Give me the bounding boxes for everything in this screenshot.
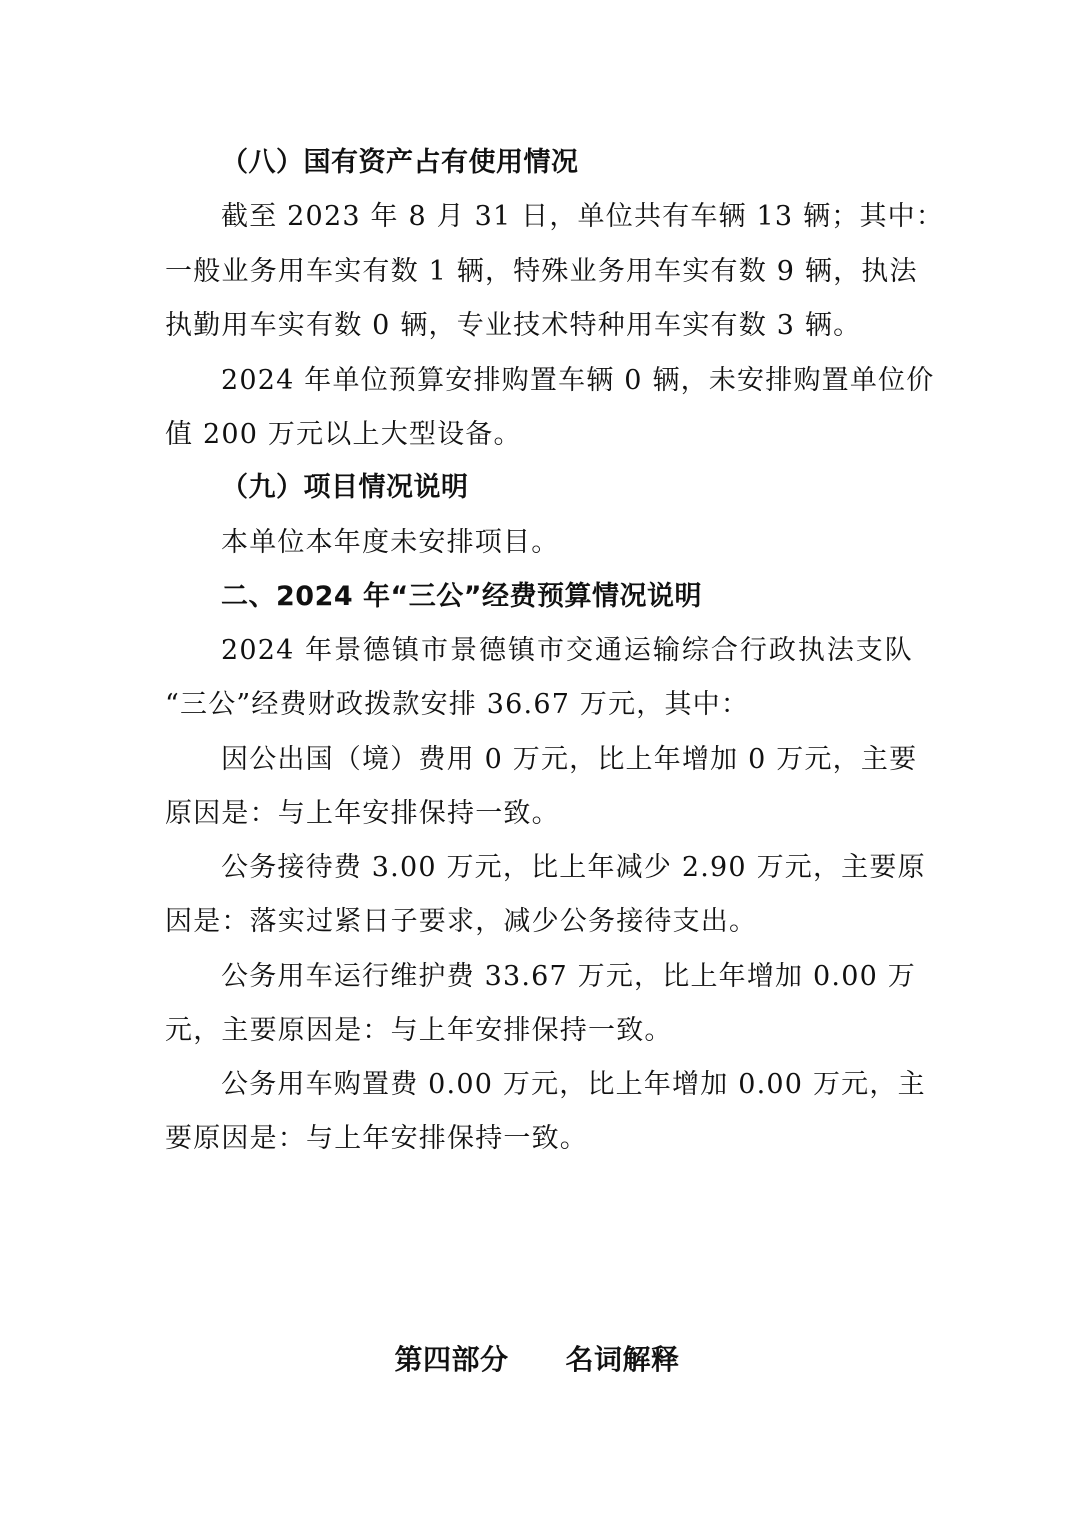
paragraph-line: 执勤用车实有数 0 辆，专业技术特种用车实有数 3 辆。: [165, 309, 913, 343]
paragraph-line: “三公”经费财政拨款安排 36.67 万元，其中：: [165, 688, 913, 722]
paragraph-line: 因是：落实过紧日子要求，减少公务接待支出。: [165, 905, 913, 939]
paragraph-line: 截至 2023 年 8 月 31 日，单位共有车辆 13 辆；其中：: [221, 200, 913, 234]
paragraph-line: 2024 年景德镇市景德镇市交通运输综合行政执法支队: [221, 634, 913, 668]
paragraph-line: 因公出国（境）费用 0 万元，比上年增加 0 万元，主要: [221, 743, 913, 777]
paragraph-line: 原因是：与上年安排保持一致。: [165, 797, 913, 831]
paragraph-line: 一般业务用车实有数 1 辆，特殊业务用车实有数 9 辆，执法: [165, 255, 913, 289]
section-heading-projects: （九）项目情况说明: [221, 471, 913, 505]
paragraph-line: 值 200 万元以上大型设备。: [165, 418, 913, 452]
paragraph-line: 公务用车运行维护费 33.67 万元，比上年增加 0.00 万: [221, 960, 913, 994]
section-heading-state-assets: （八）国有资产占有使用情况: [221, 146, 913, 180]
part-heading-glossary: 第四部分 名词解释: [0, 1343, 1074, 1377]
paragraph-line: 要原因是：与上年安排保持一致。: [165, 1122, 913, 1156]
paragraph-line: 2024 年单位预算安排购置车辆 0 辆，未安排购置单位价: [221, 364, 913, 398]
paragraph-line: 公务接待费 3.00 万元，比上年减少 2.90 万元，主要原: [221, 851, 913, 885]
section-heading-three-public-expenses: 二、2024 年“三公”经费预算情况说明: [221, 580, 913, 614]
document-page: （八）国有资产占有使用情况 截至 2023 年 8 月 31 日，单位共有车辆 …: [0, 0, 1074, 1520]
paragraph-line: 元，主要原因是：与上年安排保持一致。: [165, 1014, 913, 1048]
paragraph-line: 公务用车购置费 0.00 万元，比上年增加 0.00 万元，主: [221, 1068, 913, 1102]
paragraph-line: 本单位本年度未安排项目。: [221, 526, 913, 560]
